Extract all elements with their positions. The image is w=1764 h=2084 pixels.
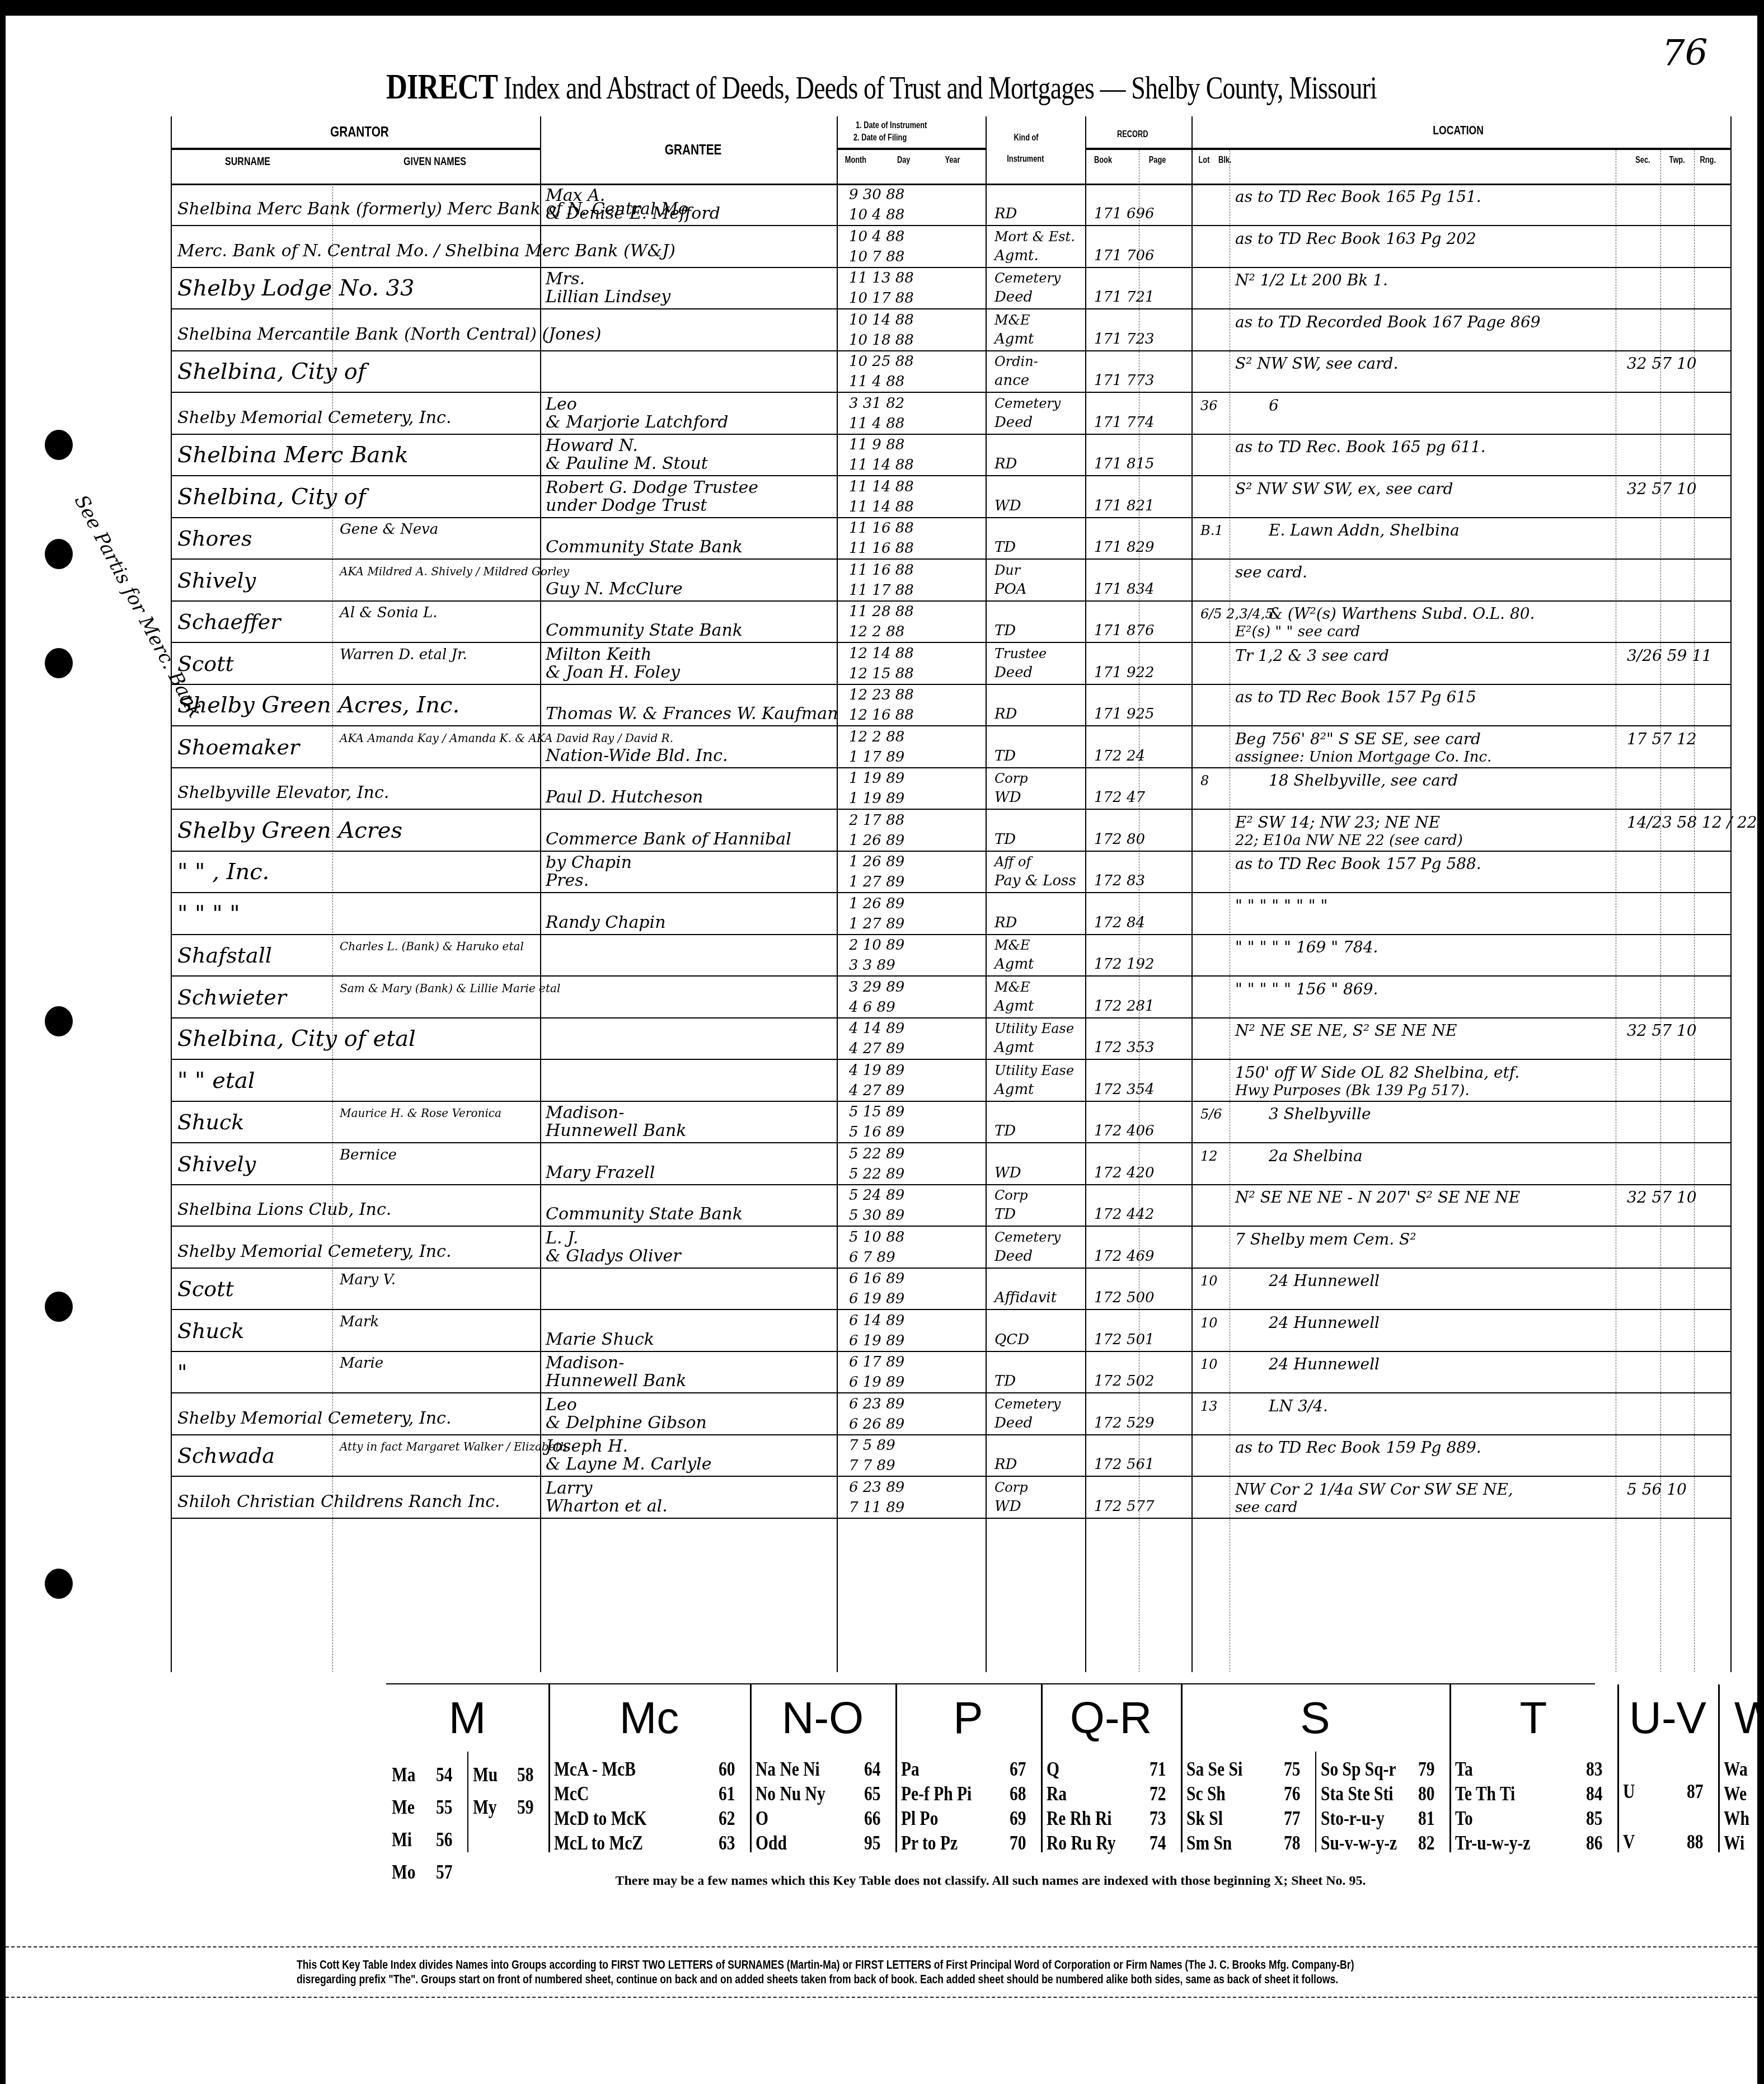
grantor-surname: " " etal: [177, 1072, 255, 1090]
grantor-surname: Shelbina, City of etal: [177, 1030, 416, 1048]
date-of-instrument: 11 16 88: [849, 561, 914, 579]
key-entry-sheet-number: 55: [436, 1795, 453, 1819]
header-label: Twp.: [1669, 156, 1685, 166]
key-group-s: SSa Se Si75Sc Sh76Sk Sl77Sm Sn78So Sp Sq…: [1181, 1684, 1451, 1852]
instrument-kind-line-1: Trustee: [994, 645, 1047, 663]
record-book-page: 171 815: [1094, 455, 1155, 473]
key-entry-sheet-number: 67: [1010, 1757, 1026, 1781]
grantee-line-2: Hunnewell Bank: [546, 1122, 686, 1140]
grantor-surname: Shuck: [177, 1322, 244, 1340]
grantor-given-names: Gene & Neva: [340, 520, 438, 538]
key-group-letter: N-O: [750, 1692, 895, 1744]
record-book-page: 172 469: [1094, 1247, 1155, 1265]
grantor-given-names: Charles L. (Bank) & Haruko etal: [340, 937, 524, 955]
location-description: 2a Shelbina: [1269, 1147, 1363, 1165]
record-book-page: 171 774: [1094, 414, 1155, 431]
date-of-instrument: 1 26 89: [849, 895, 904, 913]
location-description: N² SE NE NE - N 207' S² SE NE NE: [1235, 1189, 1520, 1207]
table-row: Shelby Memorial Cemetery, Inc.L. J.& Gla…: [172, 1226, 1730, 1269]
grantor-surname: Shelby Lodge No. 33: [177, 279, 415, 297]
date-of-filing: 7 7 89: [849, 1457, 895, 1475]
location-description: S² NW SW SW, ex, see card: [1235, 480, 1453, 498]
location-description: 18 Shelbyville, see card: [1269, 772, 1458, 790]
grantor-surname: ": [177, 1363, 187, 1381]
date-of-filing: 4 27 89: [849, 1040, 904, 1058]
date-of-filing: 5 22 89: [849, 1165, 904, 1183]
instrument-kind-line-2: WD: [994, 788, 1021, 806]
date-of-filing: 7 11 89: [849, 1499, 904, 1517]
binder-hole-icon: [45, 1569, 73, 1599]
date-of-instrument: 11 13 88: [849, 269, 914, 287]
key-group-n-o: N-ONa Ne Ni64No Nu Ny65O66Odd95: [750, 1684, 897, 1852]
key-entry-range: Ro Ru Ry: [1047, 1831, 1116, 1855]
instrument-kind-line-2: TD: [994, 622, 1016, 640]
key-entry-sheet-number: 72: [1150, 1782, 1166, 1805]
key-entry-range: Pe-f Ph Pi: [901, 1782, 972, 1805]
table-row: Shelbina Merc Bank (formerly) Merc Bank …: [172, 184, 1730, 226]
header-label: GIVEN NAMES: [404, 156, 466, 168]
key-entry-sheet-number: 63: [719, 1831, 735, 1855]
key-entry-range: Sta Ste Sti: [1321, 1782, 1394, 1805]
header-label: Rng.: [1700, 156, 1716, 166]
key-entry-sheet-number: 59: [517, 1795, 534, 1819]
key-entry-sheet-number: 82: [1418, 1831, 1435, 1855]
key-group-w-x-y-z: W-X-Y-ZWa89We90Wh91Wi92Wo93Wr-u-y94X-Odd…: [1718, 1684, 1764, 1852]
key-entry-range: To: [1455, 1806, 1473, 1830]
instrument-kind-line-2: Deed: [994, 664, 1033, 682]
table-row: ScottMary V.6 16 896 19 89Affidavit172 5…: [172, 1268, 1730, 1310]
table-row: Shelby Memorial Cemetery, Inc.Leo& Marjo…: [172, 392, 1730, 435]
location-lot-block: 6/5 2,3/4,5: [1200, 605, 1274, 623]
key-entry-range: My: [473, 1795, 497, 1819]
record-book-page: 172 500: [1094, 1289, 1155, 1307]
header-label: Book: [1094, 156, 1112, 166]
table-row: Shelbina Mercantile Bank (North Central)…: [172, 309, 1730, 351]
key-entry-range: Q: [1047, 1757, 1059, 1781]
instrument-kind-line-2: TD: [994, 747, 1016, 765]
grantor-surname: Shelbyville Elevator, Inc.: [177, 784, 389, 802]
table-row: Shelbina, City ofRobert G. Dodge Trustee…: [172, 476, 1730, 518]
location-lot-block: 12: [1200, 1147, 1218, 1165]
instrument-kind-line-2: Deed: [994, 414, 1033, 431]
instrument-kind-line-2: RD: [994, 1456, 1017, 1473]
table-row: Shelbina Lions Club, Inc.Community State…: [172, 1184, 1730, 1227]
date-of-instrument: 10 14 88: [849, 311, 914, 329]
key-entry-sheet-number: 66: [864, 1806, 881, 1830]
divider: [6, 1946, 1757, 1947]
grantee-line-1: Leo: [546, 1396, 577, 1414]
instrument-kind-line-1: Corp: [994, 1186, 1028, 1204]
instrument-kind-line-2: Agmt: [994, 1039, 1034, 1057]
date-of-instrument: 11 9 88: [849, 436, 904, 454]
instrument-kind-line-2: Agmt.: [994, 247, 1039, 265]
binder-hole-icon: [45, 430, 73, 460]
key-entry-sheet-number: 88: [1687, 1830, 1704, 1853]
grantee-line-1: L. J.: [546, 1229, 578, 1247]
grantor-surname: Shively: [177, 571, 256, 589]
divider: [837, 148, 986, 150]
section-township-range: 3/26 59 11: [1627, 647, 1712, 665]
location-lot-block: 10: [1200, 1355, 1218, 1373]
header-label: Page: [1149, 156, 1166, 166]
grantee-line-2: Community State Bank: [546, 538, 743, 556]
key-entry-sheet-number: 68: [1010, 1782, 1026, 1805]
grantor-surname: Schaeffer: [177, 613, 281, 631]
key-entry-range: Pl Po: [901, 1806, 938, 1830]
key-entry-range: Sc Sh: [1186, 1782, 1226, 1805]
grantor-surname: Shelby Memorial Cemetery, Inc.: [177, 1410, 451, 1428]
key-entry-sheet-number: 95: [864, 1831, 881, 1855]
record-book-page: 171 925: [1094, 705, 1155, 723]
grantee-line-2: & Denise E. Mefford: [546, 205, 720, 223]
section-township-range: 32 57 10: [1627, 355, 1697, 373]
key-entry-range: McD to McK: [554, 1806, 647, 1830]
key-entry-range: McL to McZ: [554, 1831, 643, 1855]
instrument-kind-line-2: WD: [994, 1164, 1021, 1182]
date-of-instrument: 2 10 89: [849, 936, 904, 954]
key-entry-sheet-number: 64: [864, 1757, 881, 1781]
table-row: "MarieMadison-Hunnewell Bank6 17 896 19 …: [172, 1351, 1730, 1393]
header-grantee: GRANTEE: [540, 116, 837, 185]
date-of-instrument: 5 15 89: [849, 1103, 904, 1121]
grantee-line-2: Guy N. McClure: [546, 580, 683, 598]
table-row: Shelby Green Acres, Inc.Thomas W. & Fran…: [172, 684, 1730, 726]
grantee-line-2: Mary Frazell: [546, 1164, 655, 1182]
key-entry-sheet-number: 83: [1586, 1757, 1603, 1781]
grantor-surname: Shelby Memorial Cemetery, Inc.: [177, 409, 451, 427]
key-entry-range: Wi: [1724, 1831, 1744, 1855]
grantor-surname: Shiloh Christian Childrens Ranch Inc.: [177, 1493, 500, 1511]
record-book-page: 172 24: [1094, 747, 1145, 765]
record-book-page: 172 420: [1094, 1164, 1155, 1182]
location-description: " " " " " 169 " 784.: [1235, 938, 1378, 956]
key-entry-range: We: [1724, 1782, 1747, 1805]
key-entry-range: Ra: [1047, 1782, 1067, 1805]
grantor-surname: Shelbina, City of: [177, 363, 366, 381]
grantor-surname: " " " ": [177, 905, 240, 923]
record-book-page: 171 876: [1094, 622, 1155, 640]
table-row: Shelbyville Elevator, Inc.Paul D. Hutche…: [172, 767, 1730, 810]
date-of-filing: 10 18 88: [849, 331, 914, 349]
instrument-kind-line-2: Agmt: [994, 330, 1034, 348]
grantee-line-2: & Delphine Gibson: [546, 1414, 707, 1432]
instrument-kind-line-2: Deed: [994, 1247, 1033, 1265]
record-book-page: 172 406: [1094, 1122, 1155, 1140]
record-book-page: 171 696: [1094, 205, 1155, 223]
grantee-line-1: Max A.: [546, 187, 605, 205]
location-lot-block: 10: [1200, 1272, 1218, 1290]
instrument-kind-line-1: Dur: [994, 561, 1020, 579]
binder-hole-icon: [45, 1292, 73, 1322]
date-of-instrument: 9 30 88: [849, 186, 904, 204]
date-of-filing: 12 2 88: [849, 623, 904, 641]
date-of-filing: 10 17 88: [849, 289, 914, 307]
location-description-2: E²(s) " " see card: [1235, 623, 1360, 641]
header-label: Day: [897, 156, 910, 166]
instrument-kind-line-1: Cemetery: [994, 1395, 1061, 1413]
grantee-line-2: Hunnewell Bank: [546, 1372, 686, 1390]
location-description: NW Cor 2 1/4a SW Cor SW SE NE,: [1235, 1481, 1513, 1499]
footer-line: This Cott Key Table Index divides Names …: [297, 1958, 1416, 1972]
date-of-instrument: 4 19 89: [849, 1062, 904, 1079]
date-of-instrument: 12 2 88: [849, 728, 904, 746]
grantor-given-names: AKA Mildred A. Shively / Mildred Gorley: [340, 562, 569, 580]
location-description: as to TD Rec. Book 165 pg 611.: [1235, 438, 1486, 456]
key-entry-sheet-number: 71: [1150, 1757, 1166, 1781]
header-label: Month: [845, 156, 866, 166]
location-lot-block: 10: [1200, 1314, 1218, 1332]
grantor-surname: Shively: [177, 1155, 256, 1173]
location-description: E. Lawn Addn, Shelbina: [1269, 522, 1460, 539]
date-of-filing: 1 27 89: [849, 915, 904, 933]
table-row: ShivelyAKA Mildred A. Shively / Mildred …: [172, 559, 1730, 602]
key-entry-range: Su-v-w-y-z: [1321, 1831, 1397, 1855]
date-of-filing: 6 19 89: [849, 1332, 904, 1350]
date-of-instrument: 12 14 88: [849, 645, 914, 663]
grantee-line-2: & Pauline M. Stout: [546, 455, 708, 473]
date-of-instrument: 3 31 82: [849, 395, 904, 412]
page-number: 76: [1662, 32, 1707, 74]
date-of-instrument: 11 28 88: [849, 603, 914, 621]
key-entry-sheet-number: 75: [1284, 1757, 1301, 1781]
header-label: GRANTEE: [665, 141, 722, 158]
grantee-line-1: Leo: [546, 396, 577, 414]
table-row: ShoemakerAKA Amanda Kay / Amanda K. & AK…: [172, 726, 1730, 768]
footer-line: disregarding prefix "The". Groups start …: [297, 1972, 1416, 1987]
grantee-line-2: under Dodge Trust: [546, 497, 707, 515]
grantor-surname: Schwieter: [177, 988, 287, 1006]
grantor-surname: Shelby Memorial Cemetery, Inc.: [177, 1243, 451, 1261]
header-record: RECORD Book Page: [1085, 116, 1191, 185]
key-group-letter: U-V: [1617, 1692, 1718, 1744]
key-entry-range: Sa Se Si: [1186, 1757, 1242, 1781]
key-group-p: PPa67Pe-f Ph Pi68Pl Po69Pr to Pz70: [895, 1684, 1043, 1852]
section-township-range: 32 57 10: [1627, 480, 1697, 498]
grantor-given-names: Atty in fact Margaret Walker / Elizabeth: [340, 1438, 567, 1456]
record-book-page: 171 834: [1094, 580, 1155, 598]
date-of-instrument: 6 14 89: [849, 1312, 904, 1330]
record-book-page: 171 922: [1094, 664, 1155, 682]
grantor-surname: Merc. Bank of N. Central Mo. / Shelbina …: [177, 242, 675, 260]
date-of-instrument: 11 16 88: [849, 519, 914, 537]
table-row: ScottWarren D. etal Jr.Milton Keith& Joa…: [172, 642, 1730, 685]
grantor-surname: Shelbina Lions Club, Inc.: [177, 1201, 391, 1219]
key-entry-sheet-number: 60: [719, 1757, 735, 1781]
instrument-kind-line-2: TD: [994, 1122, 1016, 1140]
record-book-page: 172 83: [1094, 872, 1145, 890]
table-row: " " etal4 19 894 27 89Utility EaseAgmt17…: [172, 1059, 1730, 1102]
location-description: as to TD Recorded Book 167 Page 869: [1235, 313, 1541, 331]
table-row: SchwadaAtty in fact Margaret Walker / El…: [172, 1434, 1730, 1477]
grantee-line-1: Howard N.: [546, 437, 638, 455]
footer-instructions: This Cott Key Table Index divides Names …: [297, 1958, 1416, 1987]
header-label: Sec.: [1635, 156, 1650, 166]
date-of-filing: 11 14 88: [849, 456, 914, 474]
table-row: ShuckMarkMarie Shuck6 14 896 19 89QCD172…: [172, 1309, 1730, 1352]
grantor-given-names: Maurice H. & Rose Veronica: [340, 1104, 501, 1122]
grantor-given-names: AKA Amanda Kay / Amanda K. & AKA David R…: [340, 729, 673, 747]
table-row: ShivelyBerniceMary Frazell5 22 895 22 89…: [172, 1143, 1730, 1185]
instrument-kind-line-2: RD: [994, 455, 1017, 473]
key-entry-sheet-number: 70: [1010, 1831, 1026, 1855]
key-entry-sheet-number: 87: [1687, 1780, 1704, 1803]
key-group-letter: Q-R: [1041, 1692, 1181, 1744]
grantor-surname: " " , Inc.: [177, 863, 269, 881]
grantee-line-1: Madison-: [546, 1104, 624, 1122]
instrument-kind-line-2: RD: [994, 914, 1017, 932]
instrument-kind-line-2: Agmt: [994, 997, 1034, 1015]
header-label: 2. Date of Filing: [853, 133, 907, 143]
key-entry-range: Pr to Pz: [901, 1831, 958, 1855]
key-table: MMa54Me55Mi56Mo57Mu58My59McMcA - McB60Mc…: [386, 1683, 1595, 1931]
grantor-given-names: Mary V.: [340, 1271, 396, 1289]
key-group-mc: McMcA - McB60McC61McD to McK62McL to McZ…: [548, 1684, 752, 1852]
key-entry-sheet-number: 86: [1586, 1831, 1603, 1855]
key-entry-sheet-number: 85: [1586, 1806, 1603, 1830]
key-entry-range: Sto-r-u-y: [1321, 1806, 1385, 1830]
grantee-line-2: Nation-Wide Bld. Inc.: [546, 747, 728, 765]
table-row: Merc. Bank of N. Central Mo. / Shelbina …: [172, 226, 1730, 268]
date-of-filing: 5 30 89: [849, 1207, 904, 1224]
instrument-kind-line-2: Agmt: [994, 1081, 1034, 1099]
divider: [1191, 148, 1730, 150]
date-of-instrument: 5 22 89: [849, 1145, 904, 1163]
instrument-kind-line-2: RD: [994, 705, 1017, 723]
record-book-page: 171 706: [1094, 247, 1155, 265]
key-entry-range: McC: [554, 1782, 589, 1805]
location-description-2: 22; E10a NW NE 22 (see card): [1235, 832, 1463, 849]
instrument-kind-line-2: ance: [994, 372, 1029, 389]
grantee-line-1: Milton Keith: [546, 646, 651, 664]
grantor-surname: Shelby Green Acres, Inc.: [177, 696, 459, 714]
section-township-range: 5 56 10: [1627, 1481, 1687, 1499]
date-of-instrument: 6 16 89: [849, 1270, 904, 1288]
grantor-surname: Shelbina, City of: [177, 488, 366, 506]
key-entry-sheet-number: 69: [1010, 1806, 1026, 1830]
location-description: " " " " " " " ": [1235, 897, 1327, 915]
header-label: GRANTOR: [330, 123, 389, 140]
date-of-instrument: 2 17 88: [849, 811, 904, 829]
key-entry-range: Wa: [1724, 1757, 1748, 1781]
location-description: 7 Shelby mem Cem. S²: [1235, 1231, 1416, 1248]
table-row: ShafstallCharles L. (Bank) & Haruko etal…: [172, 934, 1730, 977]
key-entry-sheet-number: 61: [719, 1782, 735, 1805]
record-book-page: 172 80: [1094, 830, 1145, 848]
header-label: SURNAME: [225, 156, 270, 168]
instrument-kind-line-2: TD: [994, 830, 1016, 848]
header-label: RECORD: [1117, 130, 1148, 140]
header-label: Blk.: [1218, 156, 1231, 166]
key-entry-range: U: [1623, 1780, 1635, 1803]
key-entry-range: Tr-u-w-y-z: [1455, 1831, 1530, 1855]
date-of-instrument: 1 19 89: [849, 769, 904, 787]
grantor-given-names: Marie: [340, 1354, 383, 1372]
instrument-kind-line-2: TD: [994, 1372, 1016, 1390]
header-label: Lot: [1198, 156, 1209, 166]
location-description: Tr 1,2 & 3 see card: [1235, 647, 1389, 665]
instrument-kind-line-1: Utility Ease: [994, 1020, 1074, 1038]
date-of-instrument: 5 10 88: [849, 1228, 904, 1246]
location-lot-block: 36: [1200, 397, 1218, 415]
date-of-instrument: 5 24 89: [849, 1186, 904, 1204]
grantor-surname: Scott: [177, 1280, 234, 1298]
table-row: Shelby Memorial Cemetery, Inc.Leo& Delph…: [172, 1393, 1730, 1435]
date-of-filing: 11 17 88: [849, 581, 914, 599]
key-entry-range: Me: [392, 1795, 415, 1819]
grantor-surname: Shelbina Mercantile Bank (North Central)…: [177, 326, 601, 344]
divider: [1085, 148, 1191, 150]
record-book-page: 172 47: [1094, 788, 1145, 806]
grantee-line-1: by Chapin: [546, 854, 632, 872]
instrument-kind-line-2: QCD: [994, 1331, 1029, 1349]
key-entry-range: Pa: [901, 1757, 919, 1781]
ledger-sheet: 76 DIRECT Index and Abstract of Deeds, D…: [6, 16, 1757, 2084]
grantor-surname: Shoemaker: [177, 738, 299, 756]
key-group-letter: Mc: [548, 1692, 750, 1744]
table-row: ShuckMaurice H. & Rose VeronicaMadison-H…: [172, 1101, 1730, 1143]
instrument-kind-line-2: RD: [994, 205, 1017, 223]
key-entry-range: Re Rh Ri: [1047, 1806, 1111, 1830]
date-of-filing: 1 19 89: [849, 790, 904, 808]
location-description: 24 Hunnewell: [1269, 1314, 1380, 1332]
date-of-filing: 5 16 89: [849, 1123, 904, 1141]
location-description: " " " " " 156 " 869.: [1235, 980, 1378, 998]
location-description: 24 Hunnewell: [1269, 1272, 1380, 1290]
section-township-range: 17 57 12: [1627, 730, 1697, 748]
grantee-line-2: Community State Bank: [546, 1205, 743, 1223]
key-entry-sheet-number: 79: [1418, 1757, 1435, 1781]
grantee-line-2: Randy Chapin: [546, 914, 665, 932]
key-entry-sheet-number: 65: [864, 1782, 881, 1805]
key-entry-range: Wh: [1724, 1806, 1749, 1830]
table-row: SchwieterSam & Mary (Bank) & Lillie Mari…: [172, 976, 1730, 1018]
date-of-instrument: 10 4 88: [849, 228, 904, 246]
grantee-line-2: & Joan H. Foley: [546, 664, 680, 682]
key-entry-sheet-number: 77: [1284, 1806, 1301, 1830]
grantee-line-1: Larry: [546, 1480, 592, 1498]
date-of-filing: 11 4 88: [849, 373, 904, 391]
instrument-kind-line-2: Deed: [994, 1414, 1033, 1432]
location-description: 150' off W Side OL 82 Shelbina, etf.: [1235, 1064, 1519, 1082]
record-book-page: 172 84: [1094, 914, 1145, 932]
key-entry-sheet-number: 74: [1150, 1831, 1166, 1855]
instrument-kind-line-1: Aff of: [994, 853, 1031, 871]
divider: [1315, 1752, 1316, 1852]
instrument-kind-line-2: Deed: [994, 288, 1033, 306]
grantee-line-1: Madison-: [546, 1354, 624, 1372]
page-title: DIRECT Index and Abstract of Deeds, Deed…: [163, 66, 1600, 107]
grantor-surname: Shelbina Merc Bank: [177, 446, 408, 464]
date-of-filing: 6 19 89: [849, 1290, 904, 1308]
key-entry-sheet-number: 62: [719, 1806, 735, 1830]
date-of-instrument: 1 26 89: [849, 853, 904, 871]
location-description: LN 3/4.: [1269, 1397, 1328, 1415]
key-entry-range: McA - McB: [554, 1757, 636, 1781]
instrument-kind-line-2: TD: [994, 538, 1016, 556]
header-dates: 1. Date of Instrument 2. Date of Filing …: [837, 116, 986, 185]
key-entry-sheet-number: 76: [1284, 1782, 1301, 1805]
key-entry-range: So Sp Sq-r: [1321, 1757, 1396, 1781]
table-row: " " " "Randy Chapin1 26 891 27 89RD172 8…: [172, 893, 1730, 935]
grantee-line-1: Robert G. Dodge Trustee: [546, 479, 758, 497]
date-of-filing: 1 26 89: [849, 832, 904, 849]
record-book-page: 171 829: [1094, 538, 1155, 556]
grantor-given-names: Sam & Mary (Bank) & Lillie Marie etal: [340, 979, 560, 997]
table-row: Shelbina Merc BankHoward N.& Pauline M. …: [172, 434, 1730, 476]
grantee-line-2: Commerce Bank of Hannibal: [546, 830, 791, 848]
binder-hole-icon: [45, 648, 73, 678]
table-row: Shelbina, City of10 25 8811 4 88Ordin-an…: [172, 350, 1730, 393]
